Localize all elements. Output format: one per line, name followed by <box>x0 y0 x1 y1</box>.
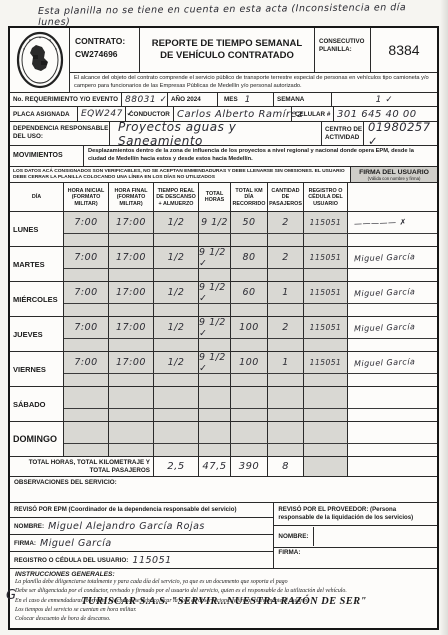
empty-cell <box>109 234 154 246</box>
hora-final-value: 17:00 <box>109 317 154 338</box>
provider-name-empty-box <box>313 527 434 546</box>
review-epm-label: REVISÓ POR EPM (Coordinador de la depend… <box>10 503 273 517</box>
company-slogan: TURISCAR S.A.S. "SERVIR...NUESTRA RAZÓN … <box>0 596 448 607</box>
table-row-lunes: LUNES 7:00 17:00 1/2 9 1/2 50 2 115051 —… <box>10 212 437 247</box>
epm-signature-label: FIRMA: <box>14 540 36 547</box>
col-dia: DÍA <box>10 183 64 211</box>
empty-cell <box>348 409 437 421</box>
col-pasajeros: CANTIDAD DE PASAJEROS <box>268 183 304 211</box>
movements-text: Desplazamientos dentro de la zona de inf… <box>84 146 437 166</box>
descanso-value: 1/2 <box>154 317 199 338</box>
epm-signature-value: Miguel García <box>40 538 112 549</box>
firma-value: Miguel García <box>348 316 438 340</box>
col-firma-space <box>348 183 437 211</box>
total-km-value: 390 <box>231 457 268 476</box>
col-hora-final: HORA FINAL (FORMATO MILITAR) <box>109 183 154 211</box>
empty-cell <box>231 304 268 316</box>
empty-cell <box>348 422 437 443</box>
empty-cell <box>268 422 304 443</box>
pasajeros-value: 1 <box>268 352 304 373</box>
empty-cell <box>231 234 268 246</box>
empty-cell <box>154 304 199 316</box>
verification-note: LOS DATOS ACÁ CONSIGNADOS SON VERIFICABL… <box>10 167 351 182</box>
oval-seal-icon <box>16 31 64 89</box>
dependency-row: DEPENDENCIA RESPONSABLE DEL USO: Proyect… <box>10 122 437 146</box>
day-label: LUNES <box>10 212 64 246</box>
empty-cell <box>231 269 268 281</box>
note-row: LOS DATOS ACÁ CONSIGNADOS SON VERIFICABL… <box>10 167 437 183</box>
day-label: DOMINGO <box>10 422 64 456</box>
empty-cell <box>64 422 109 443</box>
empty-cell <box>268 374 304 386</box>
table-row-miercoles: MIÉRCOLES 7:00 17:00 1/2 9 1/2 ✓ 60 1 11… <box>10 282 437 317</box>
firma-value: Miguel García <box>348 281 438 305</box>
empty-cell <box>199 409 231 421</box>
col-registro: REGISTRO O CÉDULA DEL USUARIO <box>304 183 348 211</box>
total-horas-value: 47,5 <box>199 457 231 476</box>
km-value: 60 <box>231 282 268 303</box>
empty-cell <box>199 422 231 443</box>
registro-value: 115051 <box>304 212 348 233</box>
table-row-viernes: VIERNES 7:00 17:00 1/2 9 1/2 ✓ 100 1 115… <box>10 352 437 387</box>
km-value: 80 <box>231 247 268 268</box>
table-column-headers: DÍA HORA INICIAL (FORMATO MILITAR) HORA … <box>10 183 437 212</box>
empty-cell <box>154 387 199 408</box>
empty-cell <box>348 304 437 316</box>
total-horas-value: 9 1/2 ✓ <box>199 352 231 373</box>
day-label: SÁBADO <box>10 387 64 421</box>
review-section: REVISÓ POR EPM (Coordinador de la depend… <box>10 503 437 569</box>
company-seal-logo <box>10 28 70 92</box>
firma-value: ————— ✗ <box>348 211 438 235</box>
empty-cell <box>199 444 231 456</box>
col-total-km: TOTAL KM DÍA RECORRIDO <box>231 183 268 211</box>
empty-cell <box>348 374 437 386</box>
total-horas-value: 9 1/2 ✓ <box>199 317 231 338</box>
empty-cell <box>348 444 437 456</box>
col-descanso: TIEMPO REAL DE DESCANSO + ALMUERZO <box>154 183 199 211</box>
empty-cell <box>231 387 268 408</box>
empty-cell <box>109 374 154 386</box>
hora-final-value: 17:00 <box>109 282 154 303</box>
table-row-domingo: DOMINGO <box>10 422 437 457</box>
form-header: CONTRATO: CW274696 REPORTE DE TIEMPO SEM… <box>10 28 437 93</box>
month-label: MES <box>224 96 238 103</box>
observations-section: OBSERVACIONES DEL SERVICIO: <box>10 477 437 503</box>
total-horas-value: 9 1/2 <box>199 212 231 233</box>
plate-label: PLACA ASIGNADA <box>10 107 78 121</box>
empty-cell <box>304 269 348 281</box>
week-label: SEMANA <box>274 93 332 106</box>
epm-name-value: Miguel Alejandro García Rojas <box>48 521 205 532</box>
pasajeros-value: 1 <box>268 282 304 303</box>
hora-inicial-value: 7:00 <box>64 212 109 233</box>
month-block: MES 1 <box>218 93 274 106</box>
total-horas-value: 9 1/2 ✓ <box>199 247 231 268</box>
total-pasajeros-value: 8 <box>268 457 304 476</box>
km-value: 50 <box>231 212 268 233</box>
empty-cell <box>231 374 268 386</box>
empty-cell <box>64 374 109 386</box>
empty-cell <box>199 269 231 281</box>
empty-cell <box>154 422 199 443</box>
instructions-title: INSTRUCCIONES GENERALES: <box>15 571 432 578</box>
activity-center-label: CENTRO DE ACTIVIDAD <box>322 122 364 145</box>
empty-cell <box>348 234 437 246</box>
descanso-value: 1/2 <box>154 282 199 303</box>
total-descanso-value: 2,5 <box>154 457 199 476</box>
totals-row: TOTAL HORAS, TOTAL KILOMETRAJE Y TOTAL P… <box>10 457 437 477</box>
empty-cell <box>154 409 199 421</box>
total-horas-value: 9 1/2 ✓ <box>199 282 231 303</box>
table-row-martes: MARTES 7:00 17:00 1/2 9 1/2 ✓ 80 2 11505… <box>10 247 437 282</box>
requirement-label: No. REQUERIMIENTO Y/O EVENTO <box>10 93 122 106</box>
col-total-horas: TOTAL HORAS <box>199 183 231 211</box>
registro-value: 115051 <box>304 282 348 303</box>
hora-inicial-value: 7:00 <box>64 317 109 338</box>
review-provider-label: REVISÓ POR EL PROVEEDOR: (Persona respon… <box>274 503 437 525</box>
empty-cell <box>304 422 348 443</box>
epm-registry-value: 115051 <box>132 555 171 566</box>
descanso-value: 1/2 <box>154 352 199 373</box>
empty-cell <box>64 444 109 456</box>
empty-cell <box>109 269 154 281</box>
empty-cell <box>154 444 199 456</box>
col-hora-inicial: HORA INICIAL (FORMATO MILITAR) <box>64 183 109 211</box>
empty-cell <box>199 374 231 386</box>
empty-cell <box>109 304 154 316</box>
empty-cell <box>348 339 437 351</box>
provider-name-label: NOMBRE: <box>278 533 308 540</box>
firma-value: Miguel García <box>348 246 438 270</box>
hora-final-value: 17:00 <box>109 352 154 373</box>
empty-cell <box>109 339 154 351</box>
empty-cell <box>199 234 231 246</box>
requirement-row: No. REQUERIMIENTO Y/O EVENTO 88031 ✓ AÑO… <box>10 93 437 107</box>
empty-cell <box>64 269 109 281</box>
km-value: 100 <box>231 352 268 373</box>
empty-cell <box>348 457 437 476</box>
empty-cell <box>304 374 348 386</box>
empty-cell <box>304 444 348 456</box>
empty-cell <box>348 387 437 408</box>
day-label: VIERNES <box>10 352 64 386</box>
table-row-sabado: SÁBADO <box>10 387 437 422</box>
empty-cell <box>109 444 154 456</box>
handwritten-bottom-mark: G <box>6 588 17 603</box>
movements-label: MOVIMIENTOS <box>10 146 84 166</box>
planilla-number: 8384 <box>371 28 437 72</box>
empty-cell <box>304 339 348 351</box>
empty-cell <box>109 409 154 421</box>
hora-final-value: 17:00 <box>109 212 154 233</box>
pasajeros-value: 2 <box>268 247 304 268</box>
empty-cell <box>268 409 304 421</box>
contract-number: CW274696 <box>75 48 135 61</box>
empty-cell <box>231 422 268 443</box>
epm-registry-label: REGISTRO O CÉDULA DEL USUARIO: <box>14 557 128 564</box>
form-title: REPORTE DE TIEMPO SEMANAL DE VEHÍCULO CO… <box>140 28 315 72</box>
empty-cell <box>64 387 109 408</box>
empty-cell <box>304 409 348 421</box>
signature-header-title: FIRMA DEL USUARIO <box>359 169 429 176</box>
descanso-value: 1/2 <box>154 212 199 233</box>
table-row-jueves: JUEVES 7:00 17:00 1/2 9 1/2 ✓ 100 2 1150… <box>10 317 437 352</box>
epm-name-label: NOMBRE: <box>14 523 44 530</box>
empty-cell <box>199 339 231 351</box>
empty-cell <box>109 387 154 408</box>
instruction-line-4: Los tiempos del servicio se cuentan en h… <box>15 606 432 615</box>
contract-scope-text: El alcance del objeto del contrato compr… <box>70 73 437 92</box>
empty-cell <box>64 339 109 351</box>
day-label: MIÉRCOLES <box>10 282 64 316</box>
instruction-line-1: La planilla debe diligenciarse totalment… <box>15 578 432 587</box>
hora-inicial-value: 7:00 <box>64 282 109 303</box>
empty-cell <box>268 387 304 408</box>
observations-label: OBSERVACIONES DEL SERVICIO: <box>14 479 117 486</box>
firma-value: Miguel García <box>348 351 438 375</box>
km-value: 100 <box>231 317 268 338</box>
empty-cell <box>231 444 268 456</box>
handwritten-top-annotation: Esta planilla no se tiene en cuenta en e… <box>38 2 418 28</box>
empty-cell <box>268 304 304 316</box>
requirement-value: 88031 ✓ <box>122 93 168 106</box>
empty-cell <box>268 234 304 246</box>
empty-cell <box>154 234 199 246</box>
empty-cell <box>304 304 348 316</box>
contract-label: CONTRATO: <box>75 35 135 48</box>
provider-signature-label: FIRMA: <box>278 549 300 556</box>
year-label: AÑO 2024 <box>168 93 218 106</box>
consecutive-label: CONSECUTIVO PLANILLA: <box>315 28 371 72</box>
hora-inicial-value: 7:00 <box>64 247 109 268</box>
empty-cell <box>199 387 231 408</box>
registro-value: 115051 <box>304 317 348 338</box>
week-value: 1 ✓ <box>332 93 437 106</box>
signature-header-subtitle: (Válida con nombre y firma) <box>368 176 421 181</box>
empty-cell <box>304 457 348 476</box>
hora-final-value: 17:00 <box>109 247 154 268</box>
instruction-line-5: Colocar descuento de hora de descanso. <box>15 615 432 624</box>
weekly-vehicle-report-form: CONTRATO: CW274696 REPORTE DE TIEMPO SEM… <box>8 26 439 630</box>
pasajeros-value: 2 <box>268 317 304 338</box>
dependency-label: DEPENDENCIA RESPONSABLE DEL USO: <box>10 122 110 145</box>
empty-cell <box>304 387 348 408</box>
movements-row: MOVIMIENTOS Desplazamientos dentro de la… <box>10 146 437 167</box>
day-label: MARTES <box>10 247 64 281</box>
day-label: JUEVES <box>10 317 64 351</box>
descanso-value: 1/2 <box>154 247 199 268</box>
pasajeros-value: 2 <box>268 212 304 233</box>
empty-cell <box>64 304 109 316</box>
review-epm-block: REVISÓ POR EPM (Coordinador de la depend… <box>10 503 274 568</box>
empty-cell <box>64 234 109 246</box>
registro-value: 115051 <box>304 352 348 373</box>
dependency-value: Proyectos aguas y Saneamiento <box>110 122 322 145</box>
empty-cell <box>268 339 304 351</box>
empty-cell <box>64 409 109 421</box>
registro-value: 115051 <box>304 247 348 268</box>
empty-cell <box>199 304 231 316</box>
empty-cell <box>231 339 268 351</box>
empty-cell <box>268 444 304 456</box>
hora-inicial-value: 7:00 <box>64 352 109 373</box>
empty-cell <box>154 269 199 281</box>
month-value: 1 <box>242 95 254 105</box>
empty-cell <box>154 339 199 351</box>
empty-cell <box>268 269 304 281</box>
user-signature-header: FIRMA DEL USUARIO (Válida con nombre y f… <box>351 167 437 182</box>
empty-cell <box>304 234 348 246</box>
totals-label: TOTAL HORAS, TOTAL KILOMETRAJE Y TOTAL P… <box>10 457 154 476</box>
review-provider-block: REVISÓ POR EL PROVEEDOR: (Persona respon… <box>274 503 437 568</box>
empty-cell <box>154 374 199 386</box>
empty-cell <box>231 409 268 421</box>
activity-center-value: 01980257 ✓ <box>364 122 437 145</box>
empty-cell <box>348 269 437 281</box>
contract-block: CONTRATO: CW274696 <box>70 28 140 72</box>
empty-cell <box>109 422 154 443</box>
